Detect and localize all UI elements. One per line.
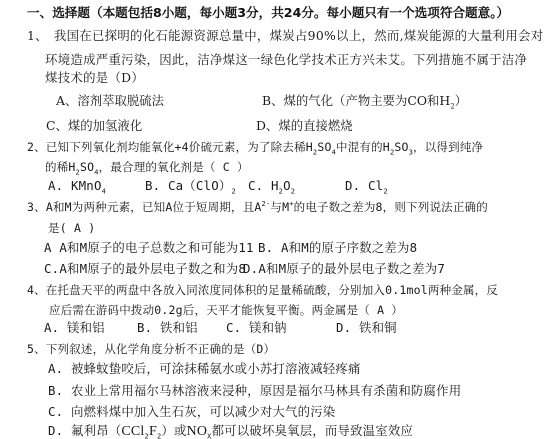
- option-d: D. 铁和铜: [336, 320, 397, 336]
- option-a-text: A. KMnO: [48, 178, 102, 193]
- option-b-close: ）: [455, 93, 467, 108]
- option-c: C.A和M原子的最外层电子数之和为8: [44, 261, 246, 277]
- question-text: SO: [317, 140, 331, 154]
- question-number: 5、: [27, 342, 46, 356]
- question-number: 3、: [27, 200, 46, 214]
- question-2-line-1: 2、已知下列氧化剂均能氧化+4价硫元素，为了除去稀H2SO4中混有的H2SO3，…: [27, 139, 483, 155]
- option-d: D. 氟利昂（CCl2F2）或NOX都可以破坏臭氧层，而导致温室效应: [48, 423, 413, 439]
- question-text: 下列叙述，从化学角度分析不正确的是（D）: [46, 342, 275, 356]
- option-d-text: ）或: [161, 423, 186, 438]
- question-4-line-2: 应后需在游码中拨动0.2g后，天平才能恢复平衡。两金属是（ A ）: [49, 302, 403, 318]
- option-a: A、溶剂萃取脱硫法: [56, 93, 164, 109]
- question-5-line-1: 5、下列叙述，从化学角度分析不正确的是（D）: [27, 341, 275, 357]
- question-text: A和M为两种元素，已知A位于短周期，且A: [46, 200, 262, 214]
- subscript: 2: [383, 187, 387, 195]
- option-d-text: 都可以破坏臭氧层，而导致温室效应: [212, 423, 413, 438]
- option-a: A A和M原子的电子总数之和可能为11: [44, 240, 254, 256]
- option-c: C. H2O2: [248, 178, 295, 194]
- option-b-text: B、煤的气化（产物主要为CO和H: [262, 93, 450, 108]
- question-text: SO: [394, 140, 408, 154]
- formula: F: [149, 424, 157, 439]
- question-4-line-1: 4、在托盘天平的两盘中各放入同浓度同体积的足量稀硫酸，分别加入0.1mol两种金…: [27, 282, 498, 298]
- question-3-line-2: 是( A ): [48, 220, 95, 236]
- option-b: B. A和M的原子序数之差为8: [258, 240, 417, 256]
- option-d-text: D. 氟利昂（: [48, 423, 121, 438]
- subscript: 2: [231, 187, 235, 195]
- question-3-line-1: 3、A和M为两种元素，已知A位于短周期，且A2-与M+的电子数之差为8，则下列说…: [27, 199, 488, 215]
- subscript: 2: [291, 187, 295, 195]
- option-c: C. 镁和钠: [226, 320, 287, 336]
- question-text: 与M: [270, 200, 289, 214]
- formula: CCl: [121, 424, 144, 439]
- question-text: 已知下列氧化剂均能氧化+4价硫元素，为了除去稀H: [46, 140, 313, 154]
- option-b: B. Ca（ClO）2: [145, 178, 236, 194]
- option-c: C. 向燃料煤中加入生石灰，可以减少对大气的污染: [48, 404, 335, 420]
- question-text: ，最合理的氧化剂是（ C ）: [99, 160, 249, 174]
- option-d: D.A和M原子的最外层电子数之差为7: [243, 261, 445, 277]
- option-a: A. 被蜂蚊蛰咬后，可涂抹稀氨水或小苏打溶液减轻疼痛: [48, 361, 361, 377]
- option-d: D、煤的直接燃烧: [256, 118, 353, 134]
- question-text: 中混有的H: [336, 140, 390, 154]
- question-number: 1、: [27, 28, 48, 43]
- section-heading: 一、选择题（本题包括8小题，每小题3分，共24分。每小题只有一个选项符合题意。）: [27, 5, 509, 21]
- question-text: 的稀H: [45, 160, 76, 174]
- option-b: B. 农业上常用福尔马林溶液来浸种，原因是福尔马林具有杀菌和防腐作用: [48, 383, 461, 399]
- question-number: 2、: [27, 140, 46, 154]
- question-text: 在托盘天平的两盘中各放入同浓度同体积的足量稀硫酸，分别加入0.1mol两种金属，…: [46, 283, 498, 297]
- option-c-text: O: [283, 178, 291, 193]
- option-a: A. 镁和铝: [44, 320, 105, 336]
- option-c-text: C. H: [248, 178, 279, 193]
- formula: NO: [187, 424, 208, 439]
- question-text: 的电子数之差为8，则下列说法正确的: [294, 200, 488, 214]
- option-b: B、煤的气化（产物主要为CO和H2）: [262, 93, 467, 109]
- option-a: A. KMnO4: [48, 178, 106, 194]
- option-c: C、煤的加氢液化: [46, 118, 142, 134]
- option-d-text: D. Cl: [345, 178, 383, 193]
- question-text: ，以得到纯净: [413, 140, 483, 154]
- question-2-line-2: 的稀H2SO4，最合理的氧化剂是（ C ）: [45, 159, 249, 175]
- question-text: 我国在已探明的化石能源资源总量中，煤炭占90%以上，然而,煤炭能源的大量利用会对: [54, 28, 544, 43]
- question-1-line-2: 环境造成严重污染，因此，洁净煤这一绿色化学技术正方兴未艾。下列措施不属于洁净: [45, 52, 527, 68]
- option-b-text: B. Ca（ClO）: [145, 178, 231, 193]
- option-d: D. Cl2: [345, 178, 388, 194]
- option-b: B. 铁和铝: [137, 320, 198, 336]
- question-1-line-3: 煤技术的是（D）: [45, 70, 144, 86]
- subscript: 4: [102, 187, 106, 195]
- question-1-line-1: 1、我国在已探明的化石能源资源总量中，煤炭占90%以上，然而,煤炭能源的大量利用…: [27, 28, 543, 44]
- question-text: SO: [80, 160, 94, 174]
- question-number: 4、: [27, 283, 46, 297]
